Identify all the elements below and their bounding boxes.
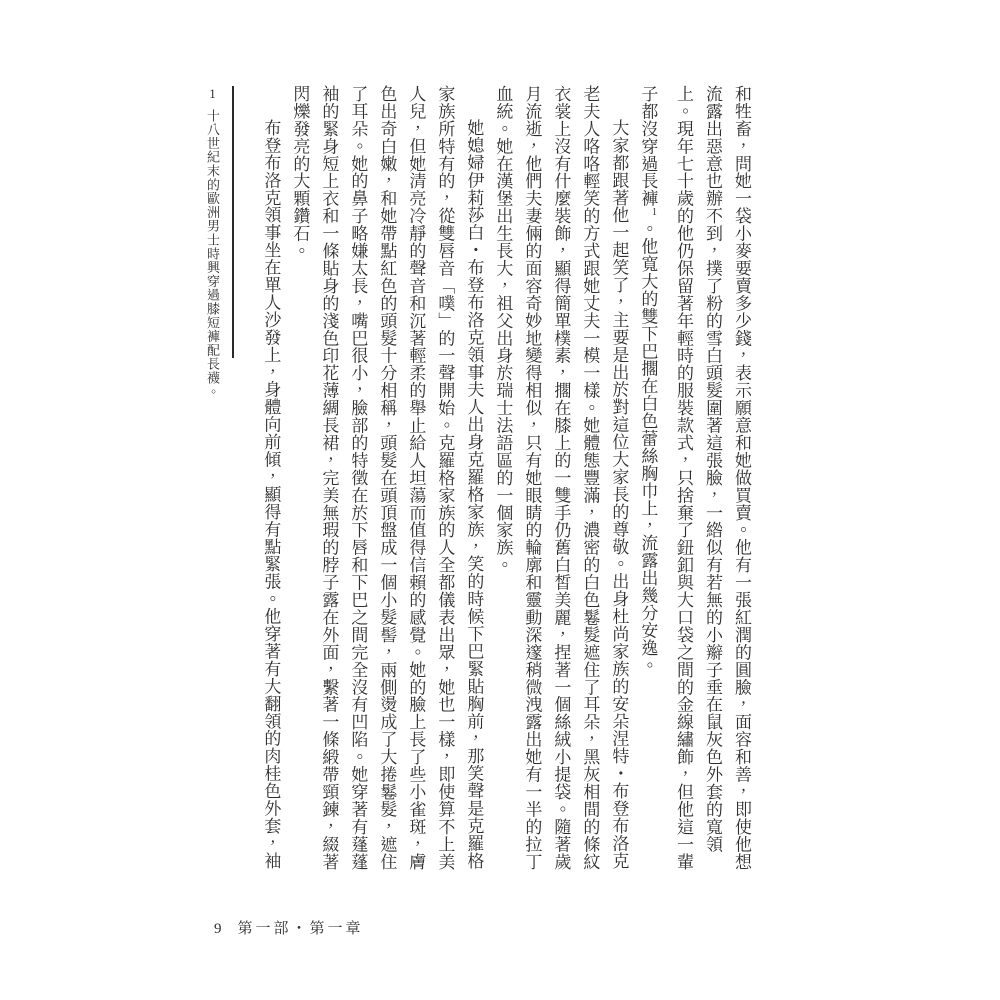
- footnote-separator-line: [232, 86, 234, 358]
- footnote-ref: 1: [649, 207, 660, 220]
- section-title: 第一部・第一章: [238, 921, 364, 937]
- footnote-marker: 1: [205, 86, 220, 109]
- footnote-text: 十八世紀末的歐洲男士時興穿過膝短褲配長襪。: [205, 109, 220, 399]
- paragraph: 她媳婦伊莉莎白・布登布洛克領事夫人出身克羅格家族，笑的時候下巴緊貼胸前，那笑聲是…: [285, 85, 488, 871]
- page-number: 9: [214, 921, 222, 937]
- page-footer: 9第一部・第一章: [214, 917, 364, 938]
- paragraph: 大家都跟著他一起笑了，主要是出於對這位大家長的尊敬。出身杜尚家族的安朵涅特・布登…: [488, 85, 633, 871]
- paragraph: 和牲畜，問她一袋小麥要賣多少錢，表示願意和她做買賣。他有一張紅潤的圓臉，面容和善…: [633, 85, 756, 871]
- paragraph: 布登布洛克領事坐在單人沙發上，身體向前傾，顯得有點緊張。他穿著有大翻領的肉桂色外…: [256, 85, 285, 871]
- footnote: 1十八世紀末的歐洲男士時興穿過膝短褲配長襪。: [201, 86, 223, 706]
- body-text: 和牲畜，問她一袋小麥要賣多少錢，表示願意和她做買賣。他有一張紅潤的圓臉，面容和善…: [256, 85, 756, 871]
- book-page: 和牲畜，問她一袋小麥要賣多少錢，表示願意和她做買賣。他有一張紅潤的圓臉，面容和善…: [0, 0, 1000, 1000]
